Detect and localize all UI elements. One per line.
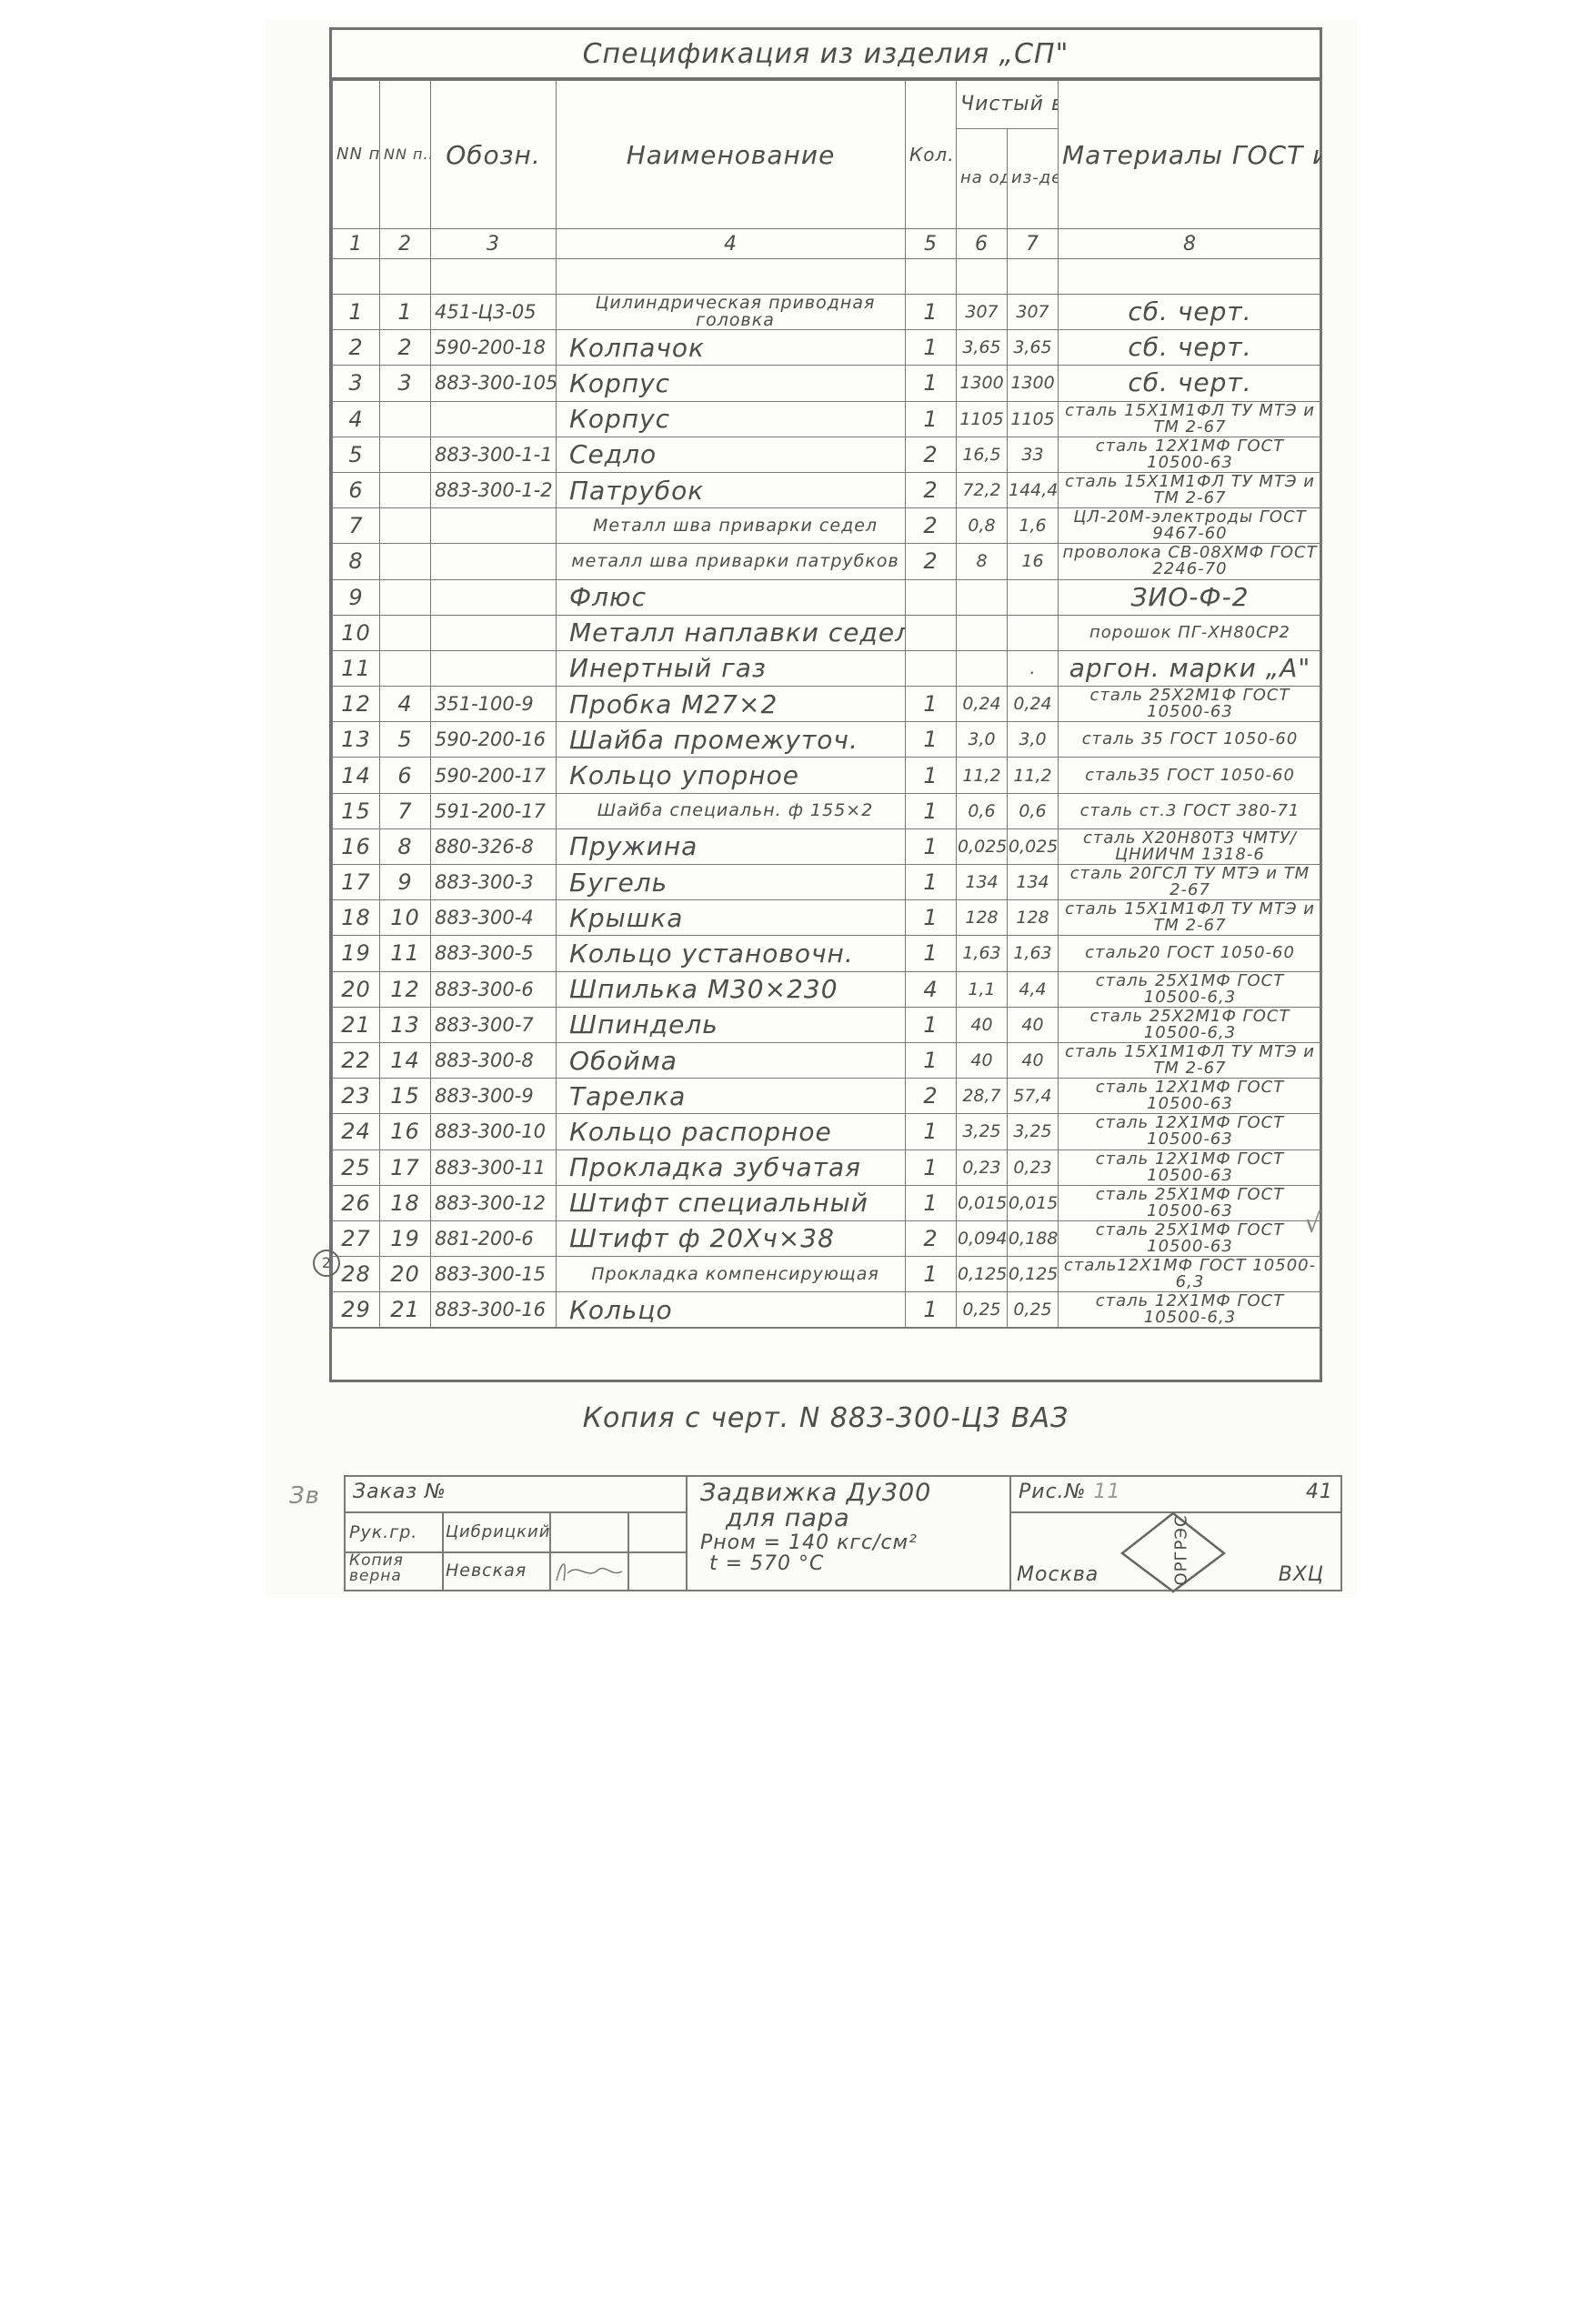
item-number: 22	[333, 1042, 380, 1078]
item-number: 1	[333, 295, 380, 330]
quantity: 2	[906, 1079, 957, 1114]
quantity: 1	[906, 1292, 957, 1328]
item-number: 6	[333, 472, 380, 507]
weight-per-unit: 72,2	[957, 472, 1008, 507]
quantity: 1	[906, 1149, 957, 1185]
quantity: 2	[906, 472, 957, 507]
node-number: 6	[380, 758, 431, 793]
header-designation: Обозн.	[431, 81, 557, 229]
designation: 880-326-8	[431, 828, 557, 864]
copy-note: Копия с черт. N 883-300-Ц3 ВАЗ	[332, 1402, 1320, 1434]
material: порошок ПГ-ХН80СР2	[1059, 615, 1322, 650]
table-row: 22590-200-18Колпачок13,653,65сб. черт.	[333, 330, 1322, 366]
item-name: Металл шва приварки седел	[557, 508, 906, 544]
weight-per-unit: 8	[957, 544, 1008, 579]
quantity: 1	[906, 793, 957, 828]
table-row: 124351-100-9Пробка М27×210,240,24сталь 2…	[333, 687, 1322, 722]
weight-total: 11,2	[1008, 758, 1059, 793]
quantity	[906, 615, 957, 650]
material: сталь 15Х1М1ФЛ ТУ МТЭ и ТМ 2-67	[1059, 472, 1322, 507]
node-number: 11	[380, 936, 431, 971]
column-number: 6	[957, 229, 1008, 259]
weight-per-unit: 11,2	[957, 758, 1008, 793]
node-number: 13	[380, 1007, 431, 1042]
material: сталь 20ГСЛ ТУ МТЭ и ТМ 2-67	[1059, 865, 1322, 900]
quantity: 1	[906, 1114, 957, 1149]
item-name: Кольцо распорное	[557, 1114, 906, 1149]
figure-number-field: Рис.№ 11 41	[1009, 1475, 1342, 1513]
node-number: 7	[380, 793, 431, 828]
weight-total: 0,125	[1008, 1257, 1059, 1292]
item-number: 17	[333, 865, 380, 900]
weight-per-unit: 307	[957, 295, 1008, 330]
designation: 590-200-16	[431, 722, 557, 758]
code-label: ВХЦ	[1279, 1563, 1324, 1586]
weight-per-unit: 0,025	[957, 828, 1008, 864]
header-name: Наименование	[557, 81, 906, 229]
item-name: Тарелка	[557, 1079, 906, 1114]
quantity: 1	[906, 828, 957, 864]
document-title: Спецификация из изделия „СП"	[332, 30, 1320, 80]
quantity: 1	[906, 936, 957, 971]
designation: 883-300-9	[431, 1079, 557, 1114]
node-number	[380, 579, 431, 615]
figure-number: 11	[1094, 1481, 1121, 1503]
item-number: 9	[333, 579, 380, 615]
weight-total: 0,015	[1008, 1185, 1059, 1220]
table-row: 2012883-300-6Шпилька М30×23041,14,4сталь…	[333, 971, 1322, 1007]
weight-per-unit	[957, 579, 1008, 615]
designation	[431, 650, 557, 686]
weight-total: 1300	[1008, 366, 1059, 401]
designation	[431, 544, 557, 579]
weight-per-unit: 1,1	[957, 971, 1008, 1007]
table-row: 1810883-300-4Крышка1128128сталь 15Х1М1ФЛ…	[333, 900, 1322, 936]
node-number: 2	[380, 330, 431, 366]
quantity: 1	[906, 1185, 957, 1220]
table-row: 7Металл шва приварки седел20,81,6ЦЛ-20М-…	[333, 508, 1322, 544]
material: сталь 12Х1МФ ГОСТ 10500-63	[1059, 437, 1322, 472]
node-number	[380, 615, 431, 650]
material: сталь 15Х1М1ФЛ ТУ МТЭ и ТМ 2-67	[1059, 1042, 1322, 1078]
node-number: 16	[380, 1114, 431, 1149]
quantity	[906, 579, 957, 615]
order-field: Заказ №	[344, 1475, 688, 1513]
table-row: 179883-300-3Бугель1134134сталь 20ГСЛ ТУ …	[333, 865, 1322, 900]
copy-note-area: Копия с черт. N 883-300-Ц3 ВАЗ	[332, 1328, 1320, 1447]
table-row: 11451-Ц3-05Цилиндрическая приводная голо…	[333, 295, 1322, 330]
node-number: 8	[380, 828, 431, 864]
product-temperature: t = 570 °С	[700, 1553, 997, 1574]
designation: 883-300-6	[431, 971, 557, 1007]
weight-total: 57,4	[1008, 1079, 1059, 1114]
weight-total: 33	[1008, 437, 1059, 472]
quantity: 1	[906, 687, 957, 722]
quantity: 1	[906, 295, 957, 330]
weight-total: 0,6	[1008, 793, 1059, 828]
weight-total: 0,025	[1008, 828, 1059, 864]
quantity: 1	[906, 401, 957, 437]
designation: 883-300-8	[431, 1042, 557, 1078]
node-number	[380, 544, 431, 579]
table-row: 2113883-300-7Шпиндель14040сталь 25Х2М1Ф …	[333, 1007, 1322, 1042]
quantity: 1	[906, 1042, 957, 1078]
item-name: Седло	[557, 437, 906, 472]
item-number: 23	[333, 1079, 380, 1114]
material: сталь35 ГОСТ 1050-60	[1059, 758, 1322, 793]
material: сталь 25Х1МФ ГОСТ 10500-6,3	[1059, 971, 1322, 1007]
item-number: 3	[333, 366, 380, 401]
figure-label: Рис.№	[1019, 1481, 1087, 1503]
table-row: 2921883-300-16Кольцо10,250,25сталь 12Х1М…	[333, 1292, 1322, 1328]
weight-total: 1105	[1008, 401, 1059, 437]
copy-verified-name: Невская	[442, 1551, 551, 1591]
head-label: Рук.гр.	[344, 1511, 444, 1553]
weight-per-unit: 1,63	[957, 936, 1008, 971]
weight-per-unit: 0,094	[957, 1220, 1008, 1256]
item-name: Бугель	[557, 865, 906, 900]
node-number: 4	[380, 687, 431, 722]
item-number: 15	[333, 793, 380, 828]
head-name: Цибрицкий	[442, 1511, 551, 1553]
item-name: Кольцо упорное	[557, 758, 906, 793]
item-name: Пробка М27×2	[557, 687, 906, 722]
table-row: 6883-300-1-2Патрубок272,2144,4сталь 15Х1…	[333, 472, 1322, 507]
item-name: Шпилька М30×230	[557, 971, 906, 1007]
node-number	[380, 401, 431, 437]
specification-sheet: Спецификация из изделия „СП" NN п.п. NN …	[329, 27, 1322, 1382]
weight-total: 0,25	[1008, 1292, 1059, 1328]
weight-per-unit: 1300	[957, 366, 1008, 401]
designation: 883-300-12	[431, 1185, 557, 1220]
product-description: Задвижка Ду300 для пара Pном = 140 кгс/с…	[686, 1475, 1011, 1591]
table-row: 9ФлюсЗИО-Ф-2	[333, 579, 1322, 615]
item-number: 19	[333, 936, 380, 971]
table-row: 33883-300-105Корпус113001300сб. черт.	[333, 366, 1322, 401]
designation: 591-200-17	[431, 793, 557, 828]
weight-per-unit: 3,65	[957, 330, 1008, 366]
checkmark-mark: √	[1304, 1208, 1321, 1240]
weight-total: 1,6	[1008, 508, 1059, 544]
weight-total: 40	[1008, 1042, 1059, 1078]
table-row: 2719881-200-6Штифт ф 20Хч×3820,0940,188с…	[333, 1220, 1322, 1256]
column-number: 3	[431, 229, 557, 259]
designation: 883-300-105	[431, 366, 557, 401]
weight-total: 0,23	[1008, 1149, 1059, 1185]
item-name: Цилиндрическая приводная головка	[557, 295, 906, 330]
designation: 883-300-11	[431, 1149, 557, 1185]
material: ЗИО-Ф-2	[1059, 579, 1322, 615]
item-name: Металл наплавки седел	[557, 615, 906, 650]
table-row: 157591-200-17Шайба специальн. ф 155×210,…	[333, 793, 1322, 828]
designation	[431, 615, 557, 650]
specification-table: NN п.п. NN п.п. по узлу Обозн. Наименова…	[332, 80, 1322, 1328]
material: сталь 25Х2М1Ф ГОСТ 10500-6,3	[1059, 1007, 1322, 1042]
material: сб. черт.	[1059, 366, 1322, 401]
table-row: 4Корпус111051105сталь 15Х1М1ФЛ ТУ МТЭ и …	[333, 401, 1322, 437]
sheet-number: 41	[1306, 1481, 1333, 1508]
signature-icon	[551, 1553, 627, 1590]
weight-per-unit: 0,25	[957, 1292, 1008, 1328]
blank-row	[333, 259, 1322, 295]
copy-date-cell	[627, 1551, 688, 1591]
head-date-cell	[627, 1511, 688, 1553]
weight-total: 134	[1008, 865, 1059, 900]
designation: 590-200-17	[431, 758, 557, 793]
header-net-weight: Чистый вес	[957, 81, 1059, 129]
node-number	[380, 650, 431, 686]
table-row: 146590-200-17Кольцо упорное111,211,2стал…	[333, 758, 1322, 793]
item-name: Шпиндель	[557, 1007, 906, 1042]
node-number: 9	[380, 865, 431, 900]
material: аргон. марки „А"	[1059, 650, 1322, 686]
material: сталь 15Х1М1ФЛ ТУ МТЭ и ТМ 2-67	[1059, 401, 1322, 437]
header-nn: NN п.п.	[333, 81, 380, 229]
item-name: Корпус	[557, 366, 906, 401]
copy-verified-label: Копия верна	[344, 1551, 444, 1591]
item-number: 16	[333, 828, 380, 864]
item-number: 13	[333, 722, 380, 758]
quantity: 2	[906, 1220, 957, 1256]
column-number: 5	[906, 229, 957, 259]
quantity: 1	[906, 1257, 957, 1292]
header-materials: Материалы ГОСТ или ТУ	[1059, 81, 1322, 229]
weight-total: 3,65	[1008, 330, 1059, 366]
node-number: 15	[380, 1079, 431, 1114]
table-row: 2416883-300-10Кольцо распорное13,253,25с…	[333, 1114, 1322, 1149]
designation: 883-300-16	[431, 1292, 557, 1328]
node-number	[380, 437, 431, 472]
weight-total: 16	[1008, 544, 1059, 579]
item-name: Корпус	[557, 401, 906, 437]
item-name: Инертный газ	[557, 650, 906, 686]
weight-per-unit: 0,8	[957, 508, 1008, 544]
material: сталь ст.3 ГОСТ 380-71	[1059, 793, 1322, 828]
weight-per-unit: 0,125	[957, 1257, 1008, 1292]
quantity: 1	[906, 1007, 957, 1042]
weight-per-unit: 40	[957, 1042, 1008, 1078]
column-number: 8	[1059, 229, 1322, 259]
quantity: 1	[906, 865, 957, 900]
order-label: Заказ №	[353, 1481, 447, 1503]
item-name: Шайба промежуточ.	[557, 722, 906, 758]
material: сталь20 ГОСТ 1050-60	[1059, 936, 1322, 971]
item-name: Кольцо установочн.	[557, 936, 906, 971]
column-number: 2	[380, 229, 431, 259]
header-weight-per-unit: на одну шт.	[957, 129, 1008, 229]
item-name: Пружина	[557, 828, 906, 864]
material: сталь 12Х1МФ ГОСТ 10500-63	[1059, 1149, 1322, 1185]
weight-total: 307	[1008, 295, 1059, 330]
material: сталь 15Х1М1ФЛ ТУ МТЭ и ТМ 2-67	[1059, 900, 1322, 936]
designation: 883-300-15	[431, 1257, 557, 1292]
quantity: 2	[906, 508, 957, 544]
node-number: 1	[380, 295, 431, 330]
weight-per-unit: 134	[957, 865, 1008, 900]
designation: 881-200-6	[431, 1220, 557, 1256]
weight-per-unit: 16,5	[957, 437, 1008, 472]
designation: 883-300-3	[431, 865, 557, 900]
organization-field: Москва ВХЦ ОРГРЭС	[1009, 1511, 1342, 1591]
item-name: Флюс	[557, 579, 906, 615]
table-row: 10Металл наплавки седелпорошок ПГ-ХН80СР…	[333, 615, 1322, 650]
item-number: 2	[333, 330, 380, 366]
product-name: Задвижка Ду300	[700, 1481, 997, 1506]
weight-total	[1008, 579, 1059, 615]
material: ЦЛ-20М-электроды ГОСТ 9467-60	[1059, 508, 1322, 544]
quantity: 2	[906, 437, 957, 472]
item-number: 20	[333, 971, 380, 1007]
title-block: Заказ № Рук.гр. Цибрицкий Копия верна Не…	[344, 1475, 1342, 1591]
weight-total: 4,4	[1008, 971, 1059, 1007]
table-row: 135590-200-16Шайба промежуточ.13,03,0ста…	[333, 722, 1322, 758]
weight-total: 0,188	[1008, 1220, 1059, 1256]
column-number: 7	[1008, 229, 1059, 259]
header-weight-product: из-де-лие	[1008, 129, 1059, 229]
table-row: 2315883-300-9Тарелка228,757,4сталь 12Х1М…	[333, 1079, 1322, 1114]
node-number: 18	[380, 1185, 431, 1220]
designation	[431, 401, 557, 437]
designation: 883-300-1-2	[431, 472, 557, 507]
item-name: Крышка	[557, 900, 906, 936]
weight-total: 144,4	[1008, 472, 1059, 507]
item-name: Патрубок	[557, 472, 906, 507]
header-qty: Кол.	[906, 81, 957, 229]
material: сталь12Х1МФ ГОСТ 10500-6,3	[1059, 1257, 1322, 1292]
column-number: 4	[557, 229, 906, 259]
item-number: 14	[333, 758, 380, 793]
node-number: 5	[380, 722, 431, 758]
weight-per-unit: 0,6	[957, 793, 1008, 828]
left-margin-mark: Зв	[289, 1482, 320, 1510]
table-row: 2214883-300-8Обойма14040сталь 15Х1М1ФЛ Т…	[333, 1042, 1322, 1078]
material: сталь 25Х1МФ ГОСТ 10500-63	[1059, 1220, 1322, 1256]
material: сталь 25Х1МФ ГОСТ 10500-63	[1059, 1185, 1322, 1220]
item-number: 11	[333, 650, 380, 686]
weight-per-unit	[957, 650, 1008, 686]
weight-per-unit: 0,23	[957, 1149, 1008, 1185]
item-number: 7	[333, 508, 380, 544]
item-number: 25	[333, 1149, 380, 1185]
weight-per-unit: 3,25	[957, 1114, 1008, 1149]
city-label: Москва	[1017, 1563, 1099, 1586]
material: сб. черт.	[1059, 295, 1322, 330]
designation	[431, 579, 557, 615]
material: сталь 25Х2М1Ф ГОСТ 10500-63	[1059, 687, 1322, 722]
head-signature-cell	[549, 1511, 629, 1553]
weight-total: 128	[1008, 900, 1059, 936]
node-number: 10	[380, 900, 431, 936]
designation	[431, 508, 557, 544]
table-row: 2618883-300-12Штифт специальный10,0150,0…	[333, 1185, 1322, 1220]
item-name: Шайба специальн. ф 155×2	[557, 793, 906, 828]
quantity: 1	[906, 330, 957, 366]
weight-per-unit: 128	[957, 900, 1008, 936]
copy-signature	[549, 1551, 629, 1591]
item-number: 24	[333, 1114, 380, 1149]
designation: 883-300-10	[431, 1114, 557, 1149]
node-number: 12	[380, 971, 431, 1007]
weight-per-unit: 0,24	[957, 687, 1008, 722]
weight-per-unit: 3,0	[957, 722, 1008, 758]
material: сталь 12Х1МФ ГОСТ 10500-6,3	[1059, 1292, 1322, 1328]
item-name: Обойма	[557, 1042, 906, 1078]
weight-per-unit: 40	[957, 1007, 1008, 1042]
node-number: 14	[380, 1042, 431, 1078]
item-number: 26	[333, 1185, 380, 1220]
item-name: Колпачок	[557, 330, 906, 366]
item-name: Штифт ф 20Хч×38	[557, 1220, 906, 1256]
weight-per-unit: 1105	[957, 401, 1008, 437]
weight-total: .	[1008, 650, 1059, 686]
item-name: Прокладка зубчатая	[557, 1149, 906, 1185]
designation: 883-300-1-1	[431, 437, 557, 472]
table-row: 11Инертный газ.аргон. марки „А"	[333, 650, 1322, 686]
quantity: 2	[906, 544, 957, 579]
designation: 883-300-5	[431, 936, 557, 971]
node-number: 19	[380, 1220, 431, 1256]
weight-per-unit: 28,7	[957, 1079, 1008, 1114]
item-number: 5	[333, 437, 380, 472]
item-number: 21	[333, 1007, 380, 1042]
column-numbers-row: 12345678	[333, 229, 1322, 259]
table-row: 168880-326-8Пружина10,0250,025сталь Х20Н…	[333, 828, 1322, 864]
quantity: 4	[906, 971, 957, 1007]
weight-total: 0,24	[1008, 687, 1059, 722]
material: проволока СВ-08ХМФ ГОСТ 2246-70	[1059, 544, 1322, 579]
designation: 883-300-7	[431, 1007, 557, 1042]
weight-total: 1,63	[1008, 936, 1059, 971]
material: сталь 35 ГОСТ 1050-60	[1059, 722, 1322, 758]
header-nn-node: NN п.п. по узлу	[380, 81, 431, 229]
material: сталь Х20Н80Т3 ЧМТУ/ЦНИИЧМ 1318-6	[1059, 828, 1322, 864]
node-number: 3	[380, 366, 431, 401]
quantity: 1	[906, 900, 957, 936]
quantity: 1	[906, 758, 957, 793]
table-row: 5883-300-1-1Седло216,533сталь 12Х1МФ ГОС…	[333, 437, 1322, 472]
margin-circle-note: 2	[313, 1250, 340, 1277]
designation: 883-300-4	[431, 900, 557, 936]
node-number: 17	[380, 1149, 431, 1185]
item-number: 4	[333, 401, 380, 437]
quantity: 1	[906, 722, 957, 758]
table-row: 1911883-300-5Кольцо установочн.11,631,63…	[333, 936, 1322, 971]
node-number	[380, 508, 431, 544]
node-number: 21	[380, 1292, 431, 1328]
material: сб. черт.	[1059, 330, 1322, 366]
item-number: 18	[333, 900, 380, 936]
material: сталь 12Х1МФ ГОСТ 10500-63	[1059, 1079, 1322, 1114]
weight-per-unit	[957, 615, 1008, 650]
item-number: 10	[333, 615, 380, 650]
quantity	[906, 650, 957, 686]
item-name: Прокладка компенсирующая	[557, 1257, 906, 1292]
weight-total: 3,25	[1008, 1114, 1059, 1149]
table-row: 2820883-300-15Прокладка компенсирующая10…	[333, 1257, 1322, 1292]
quantity: 1	[906, 366, 957, 401]
item-number: 29	[333, 1292, 380, 1328]
weight-total: 3,0	[1008, 722, 1059, 758]
weight-total: 40	[1008, 1007, 1059, 1042]
node-number	[380, 472, 431, 507]
item-number: 8	[333, 544, 380, 579]
item-number: 12	[333, 687, 380, 722]
weight-total	[1008, 615, 1059, 650]
item-name: Штифт специальный	[557, 1185, 906, 1220]
item-number: 27	[333, 1220, 380, 1256]
column-number: 1	[333, 229, 380, 259]
item-name: Кольцо	[557, 1292, 906, 1328]
